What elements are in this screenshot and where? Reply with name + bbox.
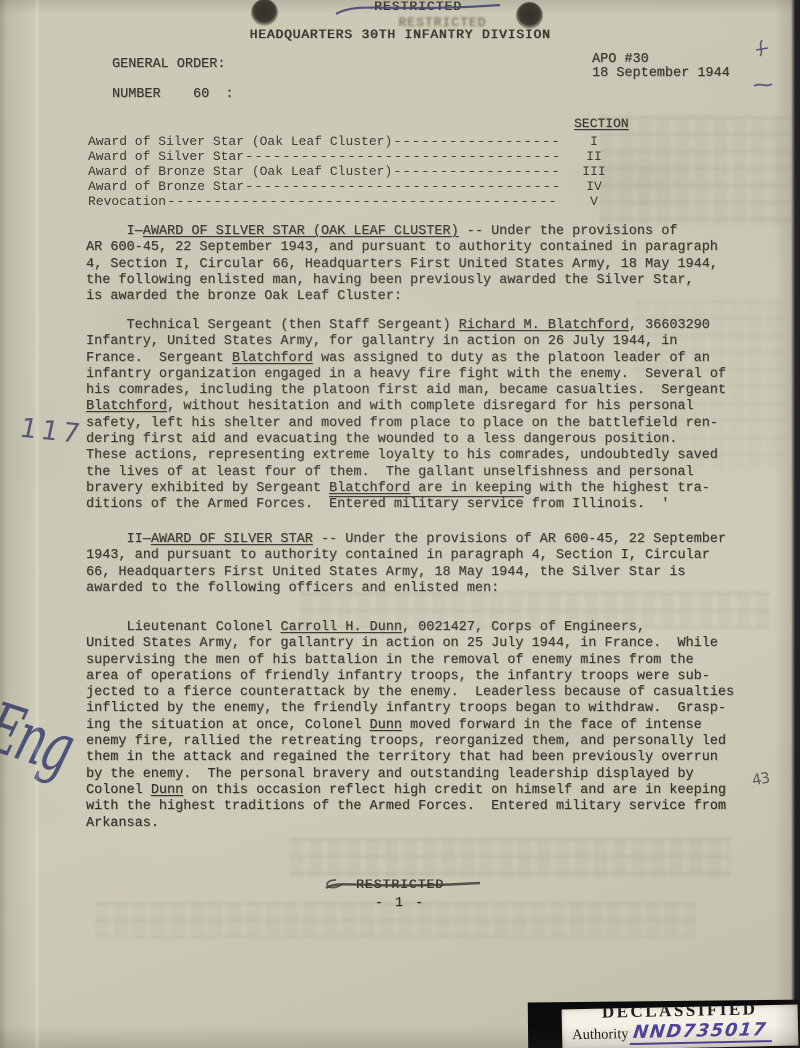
stamp-authority-value: NND735017 [630, 1019, 774, 1045]
text-line: ditions of the Armed Forces. Entered mil… [86, 497, 786, 513]
text-segment: United States Army, for gallantry in act… [86, 636, 718, 651]
text-segment: Lieutenant Colonel [86, 620, 280, 635]
text-segment: II— [86, 532, 151, 547]
text-segment: , 0021427, Corps of Engineers, [402, 620, 645, 635]
bleed-through-smudge [290, 838, 730, 878]
section-2-authority-paragraph: II—AWARD OF SILVER STAR -- Under the pro… [86, 532, 786, 597]
order-number-line: NUMBER 60 : [112, 87, 234, 102]
text-line: infantry organization engaged in a heavy… [86, 367, 786, 383]
text-segment: These actions, representing extreme loya… [86, 448, 718, 463]
text-segment: 1943, and pursuant to authority containe… [86, 548, 710, 563]
text-segment: from Illinois. ' [523, 497, 669, 512]
section-index-row: Award of Silver StarII [88, 149, 622, 164]
text-line: Colonel Dunn on this occasion reflect hi… [86, 783, 786, 799]
text-line: dering first aid and evacuating the woun… [86, 432, 786, 448]
section-numeral: III [566, 164, 622, 179]
text-segment: Colonel [86, 783, 151, 798]
text-line: is awarded the bronze Oak Leaf Cluster: [86, 289, 786, 305]
section-numeral: II [566, 149, 622, 164]
text-segment: -- Under the provisions of [459, 224, 678, 239]
text-segment: ditions of the Armed Forces. [86, 497, 329, 512]
text-line: by the enemy. The personal bravery and o… [86, 767, 786, 783]
declassified-stamp: DECLASSIFIED Authority NND735017 [562, 1005, 799, 1048]
dash-leader [393, 164, 560, 179]
text-line: 4, Section I, Circular 66, Headquarters … [86, 257, 786, 273]
photo-backdrop-edge [791, 0, 800, 1048]
text-line: area of operations of friendly infantry … [86, 669, 786, 685]
text-line: France. Sergeant Blatchford was assigned… [86, 351, 786, 367]
text-segment: bravery exhibited by Sergeant [86, 481, 329, 496]
text-segment: Technical Sergeant (then Staff Sergeant) [86, 318, 459, 333]
text-segment: 4, Section I, Circular 66, Headquarters … [86, 257, 718, 272]
punch-hole-right [516, 2, 543, 29]
text-segment: his comrades, including the platoon firs… [86, 383, 726, 398]
emphasized-text: Blatchford [86, 399, 167, 414]
text-line: These actions, representing extreme loya… [86, 448, 786, 464]
text-segment: ing the situation at once, Colonel [86, 718, 370, 733]
classification-bottom: RESTRICTED [356, 877, 444, 892]
bleed-through-smudge [600, 116, 792, 226]
text-segment: 66, Headquarters First United States Arm… [86, 565, 686, 580]
text-segment: the following enlisted man, having been … [86, 273, 694, 288]
margin-annotation-number: 117 [17, 413, 87, 450]
text-segment: on this occasion reflect high credit on … [183, 783, 726, 798]
section-1-citation-blatchford: Technical Sergeant (then Staff Sergeant)… [86, 318, 786, 514]
stamp-authority-label: Authority [572, 1026, 629, 1044]
text-segment: with the highest traditions of the Armed… [86, 799, 726, 814]
section-index-row: Award of Bronze StarIV [88, 179, 622, 194]
text-line: Arkansas. [86, 816, 786, 832]
emphasized-text: Entered military service [329, 497, 523, 512]
text-segment: awarded to the following officers and en… [86, 581, 499, 596]
text-segment: safety, left his shelter and moved from … [86, 416, 718, 431]
dash-leader [393, 134, 560, 149]
text-line: I—AWARD OF SILVER STAR (OAK LEAF CLUSTER… [86, 224, 786, 240]
emphasized-text: Dunn [151, 783, 183, 798]
text-segment: is awarded the bronze Oak Leaf Cluster: [86, 289, 402, 304]
punch-hole-left [251, 0, 278, 26]
document-title: HEADQUARTERS 30TH INFANTRY DIVISION [0, 27, 800, 42]
text-segment: jected to a fierce counterattack by the … [86, 685, 734, 700]
order-date: 18 September 1944 [592, 66, 730, 81]
text-line: Technical Sergeant (then Staff Sergeant)… [86, 318, 786, 334]
emphasized-text: Richard M. Blatchford [459, 318, 629, 333]
text-line: United States Army, for gallantry in act… [86, 636, 786, 652]
scanned-document-page: RESTRICTED RESTRICTED HEADQUARTERS 30TH … [0, 0, 800, 1048]
text-segment: -- Under the provisions of AR 600-45, 22… [313, 532, 726, 547]
text-line: with the highest traditions of the Armed… [86, 799, 786, 815]
pen-mark-top-right [752, 36, 782, 96]
text-segment: Infantry, United States Army, for gallan… [86, 334, 677, 349]
text-segment: France. Sergeant [86, 351, 232, 366]
classification-top: RESTRICTED [374, 0, 462, 14]
section-index: Award of Silver Star (Oak Leaf Cluster)I… [88, 134, 622, 209]
emphasized-text: Blatchford [329, 481, 410, 496]
section-numeral: IV [566, 179, 622, 194]
text-line: his comrades, including the platoon firs… [86, 383, 786, 399]
text-segment: AR 600-45, 22 September 1943, and pursua… [86, 240, 718, 255]
index-title: Award of Bronze Star [88, 179, 244, 194]
dash-leader [245, 179, 560, 194]
emphasized-text: AWARD OF SILVER STAR [151, 532, 313, 547]
text-segment: are in keeping with the highest tra- [410, 481, 710, 496]
text-segment: area of operations of friendly infantry … [86, 669, 710, 684]
general-order-label: GENERAL ORDER: [112, 57, 225, 72]
page-number: - 1 - [0, 896, 800, 911]
text-line: enemy fire, rallied the retreating troop… [86, 734, 786, 750]
index-title: Award of Silver Star (Oak Leaf Cluster) [88, 134, 392, 149]
text-line: supervising the men of his battalion in … [86, 653, 786, 669]
text-line: 1943, and pursuant to authority containe… [86, 548, 786, 564]
emphasized-text: Dunn [370, 718, 402, 733]
text-segment: dering first aid and evacuating the woun… [86, 432, 677, 447]
text-segment: , without hesitation and with complete d… [167, 399, 694, 414]
section-index-row: Award of Bronze Star (Oak Leaf Cluster)I… [88, 164, 622, 179]
text-line: II—AWARD OF SILVER STAR -- Under the pro… [86, 532, 786, 548]
apo-number: APO #30 [592, 52, 649, 67]
section-numeral: I [566, 134, 622, 149]
text-line: 66, Headquarters First United States Arm… [86, 565, 786, 581]
text-segment: inflicted by the enemy, the friendly inf… [86, 701, 726, 716]
section-2-citation-dunn: Lieutenant Colonel Carroll H. Dunn, 0021… [86, 620, 786, 832]
text-line: them in the attack and regained the terr… [86, 750, 786, 766]
index-title: Revocation [88, 194, 166, 209]
text-segment: enemy fire, rallied the retreating troop… [86, 734, 726, 749]
index-title: Award of Bronze Star (Oak Leaf Cluster) [88, 164, 392, 179]
emphasized-text: AWARD OF SILVER STAR (OAK LEAF CLUSTER) [143, 224, 459, 239]
text-segment: them in the attack and regained the terr… [86, 750, 718, 765]
text-line: bravery exhibited by Sergeant Blatchford… [86, 481, 786, 497]
text-segment: moved forward in the face of intense [402, 718, 702, 733]
section-index-row: RevocationV [88, 194, 622, 209]
text-line: awarded to the following officers and en… [86, 581, 786, 597]
text-segment: by the enemy. The personal bravery and o… [86, 767, 694, 782]
section-index-row: Award of Silver Star (Oak Leaf Cluster)I [88, 134, 622, 149]
text-segment: Arkansas. [86, 816, 159, 831]
section-numeral: V [566, 194, 622, 209]
text-segment: , 36603290 [629, 318, 710, 333]
text-line: inflicted by the enemy, the friendly inf… [86, 701, 786, 717]
text-line: Blatchford, without hesitation and with … [86, 399, 786, 415]
text-segment: the lives of at least four of them. The … [86, 465, 694, 480]
text-segment: infantry organization engaged in a heavy… [86, 367, 726, 382]
text-line: Lieutenant Colonel Carroll H. Dunn, 0021… [86, 620, 786, 636]
index-title: Award of Silver Star [88, 149, 244, 164]
emphasized-text: Blatchford [232, 351, 313, 366]
section-column-header: SECTION [574, 116, 629, 131]
text-segment: supervising the men of his battalion in … [86, 653, 694, 668]
text-segment: I— [86, 224, 143, 239]
dash-leader [167, 194, 560, 209]
text-line: safety, left his shelter and moved from … [86, 416, 786, 432]
text-line: AR 600-45, 22 September 1943, and pursua… [86, 240, 786, 256]
text-line: the lives of at least four of them. The … [86, 465, 786, 481]
margin-annotation-initials: Eng [0, 686, 82, 789]
dash-leader [245, 149, 560, 164]
text-line: the following enlisted man, having been … [86, 273, 786, 289]
text-line: Infantry, United States Army, for gallan… [86, 334, 786, 350]
section-1-authority-paragraph: I—AWARD OF SILVER STAR (OAK LEAF CLUSTER… [86, 224, 786, 305]
text-line: ing the situation at once, Colonel Dunn … [86, 718, 786, 734]
emphasized-text: Carroll H. Dunn [280, 620, 402, 635]
text-line: jected to a fierce counterattack by the … [86, 685, 786, 701]
text-segment: was assigned to duty as the platoon lead… [313, 351, 710, 366]
